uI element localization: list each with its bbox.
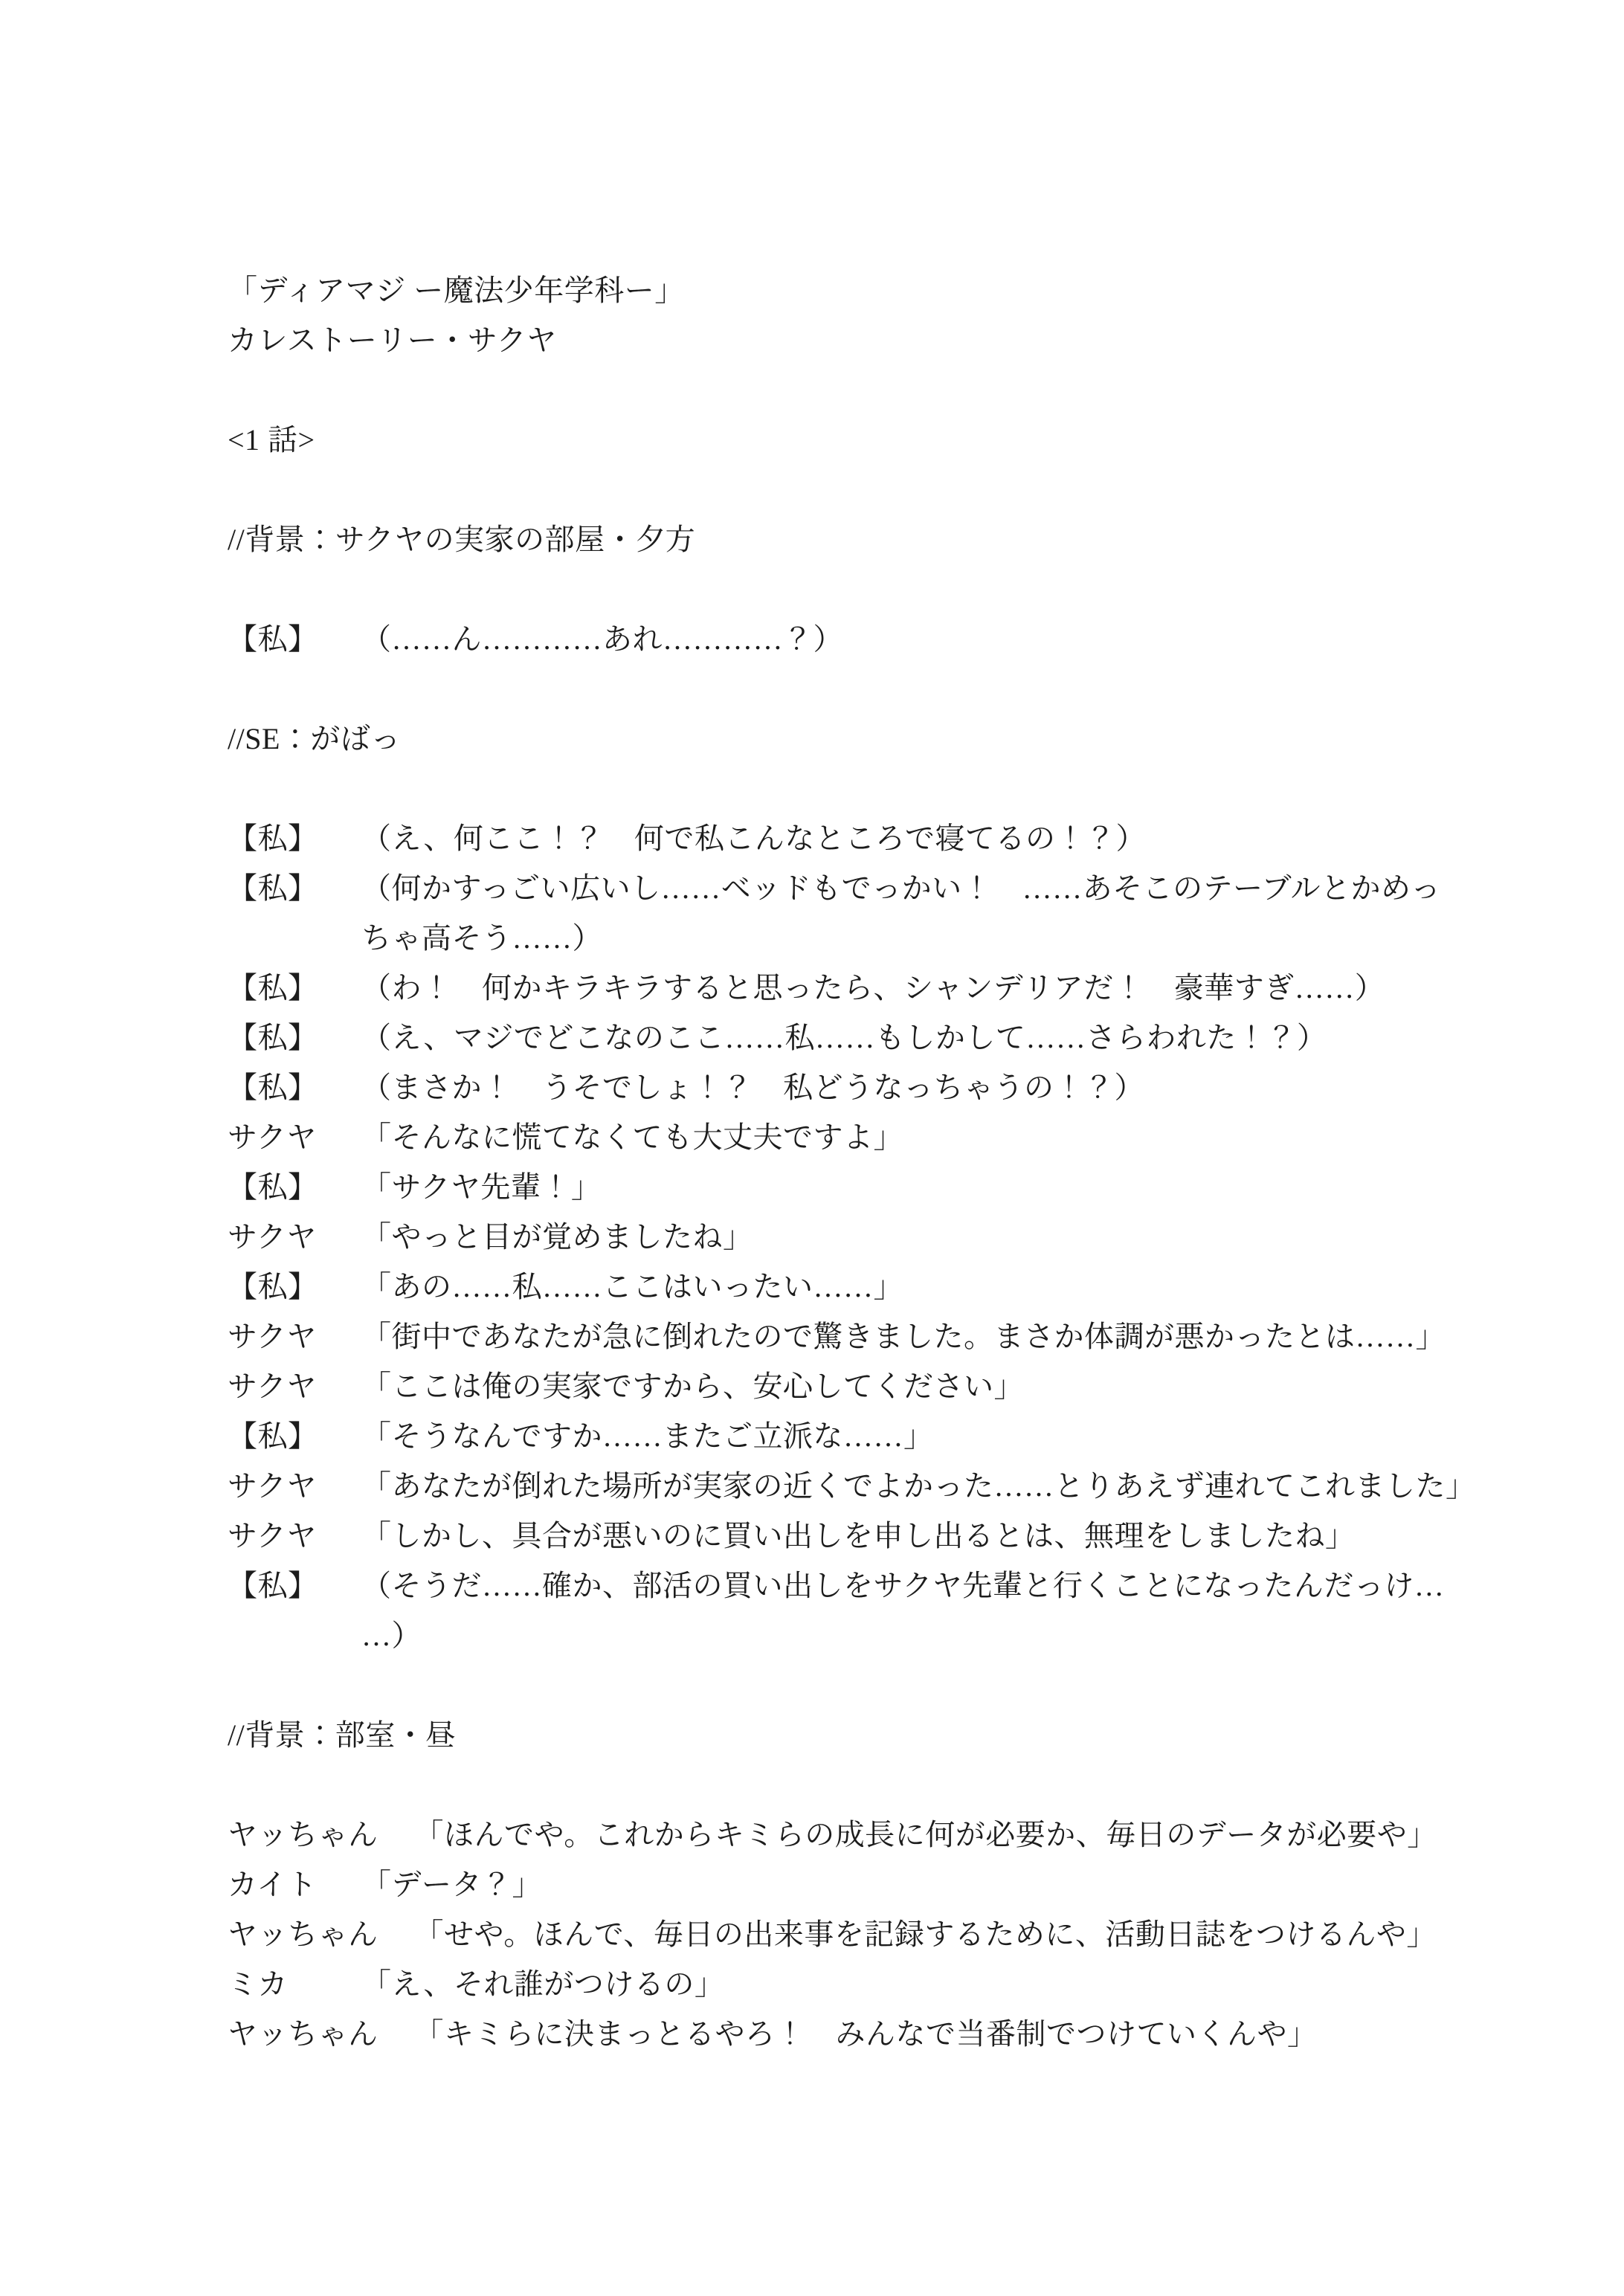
dialogue-line: ヤッちゃん 「せや。ほんで、毎日の出来事を記録するために、活動日誌をつけるんや」	[228, 1909, 1498, 1959]
dialogue-line: 【私】 「そうなんですか……またご立派な……」	[228, 1411, 1498, 1461]
dialogue-line: 【私】 （まさか！ うそでしょ！？ 私どうなっちゃうの！？）	[228, 1062, 1498, 1112]
dialogue-text: （まさか！ うそでしょ！？ 私どうなっちゃうの！？）	[361, 1062, 1498, 1112]
dialogue-text: 「サクヤ先輩！」	[361, 1162, 1498, 1212]
speaker-name: 【私】	[228, 813, 326, 863]
speaker-name: サクヤ	[228, 1212, 326, 1262]
blank-line	[228, 1760, 1498, 1810]
dialogue-line: サクヤ 「あなたが倒れた場所が実家の近くでよかった……とりあえず連れてこれました…	[228, 1461, 1498, 1511]
dialogue-line: 【私】 「あの……私……ここはいったい……」	[228, 1262, 1498, 1312]
blank-line	[228, 1660, 1498, 1710]
dialogue-line: 【私】 （そうだ……確か、部活の買い出しをサクヤ先輩と行くことになったんだっけ……	[228, 1561, 1498, 1660]
speaker-name: サクヤ	[228, 1511, 326, 1561]
scene-direction: //背景：部室・昼	[228, 1710, 1498, 1760]
speaker-name: ヤッちゃん	[228, 2009, 378, 2059]
speaker-name: 【私】	[228, 614, 326, 664]
dialogue-line: サクヤ 「そんなに慌てなくても大丈夫ですよ」	[228, 1112, 1498, 1162]
speaker-name: サクヤ	[228, 1461, 326, 1511]
dialogue-line: 【私】 （え、マジでどこなのここ……私……もしかして……さらわれた！？）	[228, 1013, 1498, 1062]
dialogue-line: ヤッちゃん 「キミらに決まっとるやろ！ みんなで当番制でつけていくんや」	[228, 2009, 1498, 2059]
blank-line	[228, 365, 1498, 415]
dialogue-line: 【私】 （わ！ 何かキラキラすると思ったら、シャンデリアだ！ 豪華すぎ……）	[228, 963, 1498, 1013]
scene-direction: //背景：サクヤの実家の部屋・夕方	[228, 515, 1498, 564]
dialogue-line: カイト 「データ？」	[228, 1860, 1498, 1909]
dialogue-text: （……ん…………あれ…………？）	[361, 614, 1498, 664]
speaker-name: 【私】	[228, 963, 326, 1013]
dialogue-text: 「データ？」	[361, 1860, 1498, 1909]
script-title-text: 「ディアマジ ー魔法少年学科ー」	[228, 265, 1498, 315]
dialogue-text: （何かすっごい広いし……ベッドもでっかい！ ……あそこのテーブルとかめっ ちゃ高…	[361, 863, 1498, 963]
blank-line	[228, 564, 1498, 614]
dialogue-text: （え、マジでどこなのここ……私……もしかして……さらわれた！？）	[361, 1013, 1498, 1062]
scene-direction-text: //背景：サクヤの実家の部屋・夕方	[228, 515, 1498, 564]
script-subtitle-text: カレストーリー・サクヤ	[228, 315, 1498, 365]
dialogue-line: 【私】 「サクヤ先輩！」	[228, 1162, 1498, 1212]
dialogue-line: ヤッちゃん 「ほんでや。これからキミらの成長に何が必要か、毎日のデータが必要や」	[228, 1810, 1498, 1860]
dialogue-text: （そうだ……確か、部活の買い出しをサクヤ先輩と行くことになったんだっけ… …）	[361, 1561, 1498, 1660]
scene-direction-text: //背景：部室・昼	[228, 1710, 1498, 1760]
speaker-name: 【私】	[228, 1262, 326, 1312]
script-content: 「ディアマジ ー魔法少年学科ー」 カレストーリー・サクヤ <1 話> //背景：…	[228, 265, 1498, 2059]
dialogue-text: 「そんなに慌てなくても大丈夫ですよ」	[361, 1112, 1498, 1162]
dialogue-text: 「キミらに決まっとるやろ！ みんなで当番制でつけていくんや」	[414, 2009, 1498, 2059]
dialogue-text: 「せや。ほんで、毎日の出来事を記録するために、活動日誌をつけるんや」	[414, 1909, 1498, 1959]
speaker-name: カイト	[228, 1860, 326, 1909]
script-document-page: 「ディアマジ ー魔法少年学科ー」 カレストーリー・サクヤ <1 話> //背景：…	[0, 0, 1624, 2296]
dialogue-line: 【私】 （え、何ここ！？ 何で私こんなところで寝てるの！？）	[228, 813, 1498, 863]
dialogue-line: ミカ 「え、それ誰がつけるの」	[228, 1959, 1498, 2009]
speaker-name: サクヤ	[228, 1361, 326, 1411]
dialogue-text: 「あなたが倒れた場所が実家の近くでよかった……とりあえず連れてこれました」	[361, 1461, 1498, 1511]
dialogue-text: 「そうなんですか……またご立派な……」	[361, 1411, 1498, 1461]
speaker-name: 【私】	[228, 1561, 326, 1610]
episode-heading: <1 話>	[228, 415, 1498, 465]
dialogue-text: 「ここは俺の実家ですから、安心してください」	[361, 1361, 1498, 1411]
speaker-name: 【私】	[228, 863, 326, 913]
dialogue-line: サクヤ 「しかし、具合が悪いのに買い出しを申し出るとは、無理をしましたね」	[228, 1511, 1498, 1561]
dialogue-line: サクヤ 「ここは俺の実家ですから、安心してください」	[228, 1361, 1498, 1411]
dialogue-text: 「あの……私……ここはいったい……」	[361, 1262, 1498, 1312]
scene-direction: //SE：がばっ	[228, 714, 1498, 764]
dialogue-text: （わ！ 何かキラキラすると思ったら、シャンデリアだ！ 豪華すぎ……）	[361, 963, 1498, 1013]
speaker-name: 【私】	[228, 1013, 326, 1062]
dialogue-text: 「街中であなたが急に倒れたので驚きました。まさか体調が悪かったとは……」	[361, 1312, 1498, 1361]
blank-line	[228, 664, 1498, 714]
dialogue-line: サクヤ 「やっと目が覚めましたね」	[228, 1212, 1498, 1262]
speaker-name: 【私】	[228, 1162, 326, 1212]
dialogue-text: 「やっと目が覚めましたね」	[361, 1212, 1498, 1262]
script-subtitle: カレストーリー・サクヤ	[228, 315, 1498, 365]
dialogue-text: 「ほんでや。これからキミらの成長に何が必要か、毎日のデータが必要や」	[414, 1810, 1498, 1860]
episode-heading-text: <1 話>	[228, 415, 1498, 465]
blank-line	[228, 465, 1498, 515]
dialogue-line: 【私】 （……ん…………あれ…………？）	[228, 614, 1498, 664]
blank-line	[228, 764, 1498, 813]
dialogue-text: （え、何ここ！？ 何で私こんなところで寝てるの！？）	[361, 813, 1498, 863]
speaker-name: ヤッちゃん	[228, 1909, 378, 1959]
scene-direction-text: //SE：がばっ	[228, 714, 1498, 764]
speaker-name: サクヤ	[228, 1112, 326, 1162]
speaker-name: ヤッちゃん	[228, 1810, 378, 1860]
dialogue-line: サクヤ 「街中であなたが急に倒れたので驚きました。まさか体調が悪かったとは……」	[228, 1312, 1498, 1361]
speaker-name: 【私】	[228, 1411, 326, 1461]
dialogue-text: 「しかし、具合が悪いのに買い出しを申し出るとは、無理をしましたね」	[361, 1511, 1498, 1561]
speaker-name: ミカ	[228, 1959, 326, 2009]
dialogue-text: 「え、それ誰がつけるの」	[361, 1959, 1498, 2009]
dialogue-line: 【私】 （何かすっごい広いし……ベッドもでっかい！ ……あそこのテーブルとかめっ…	[228, 863, 1498, 963]
speaker-name: 【私】	[228, 1062, 326, 1112]
script-title: 「ディアマジ ー魔法少年学科ー」	[228, 265, 1498, 315]
speaker-name: サクヤ	[228, 1312, 326, 1361]
